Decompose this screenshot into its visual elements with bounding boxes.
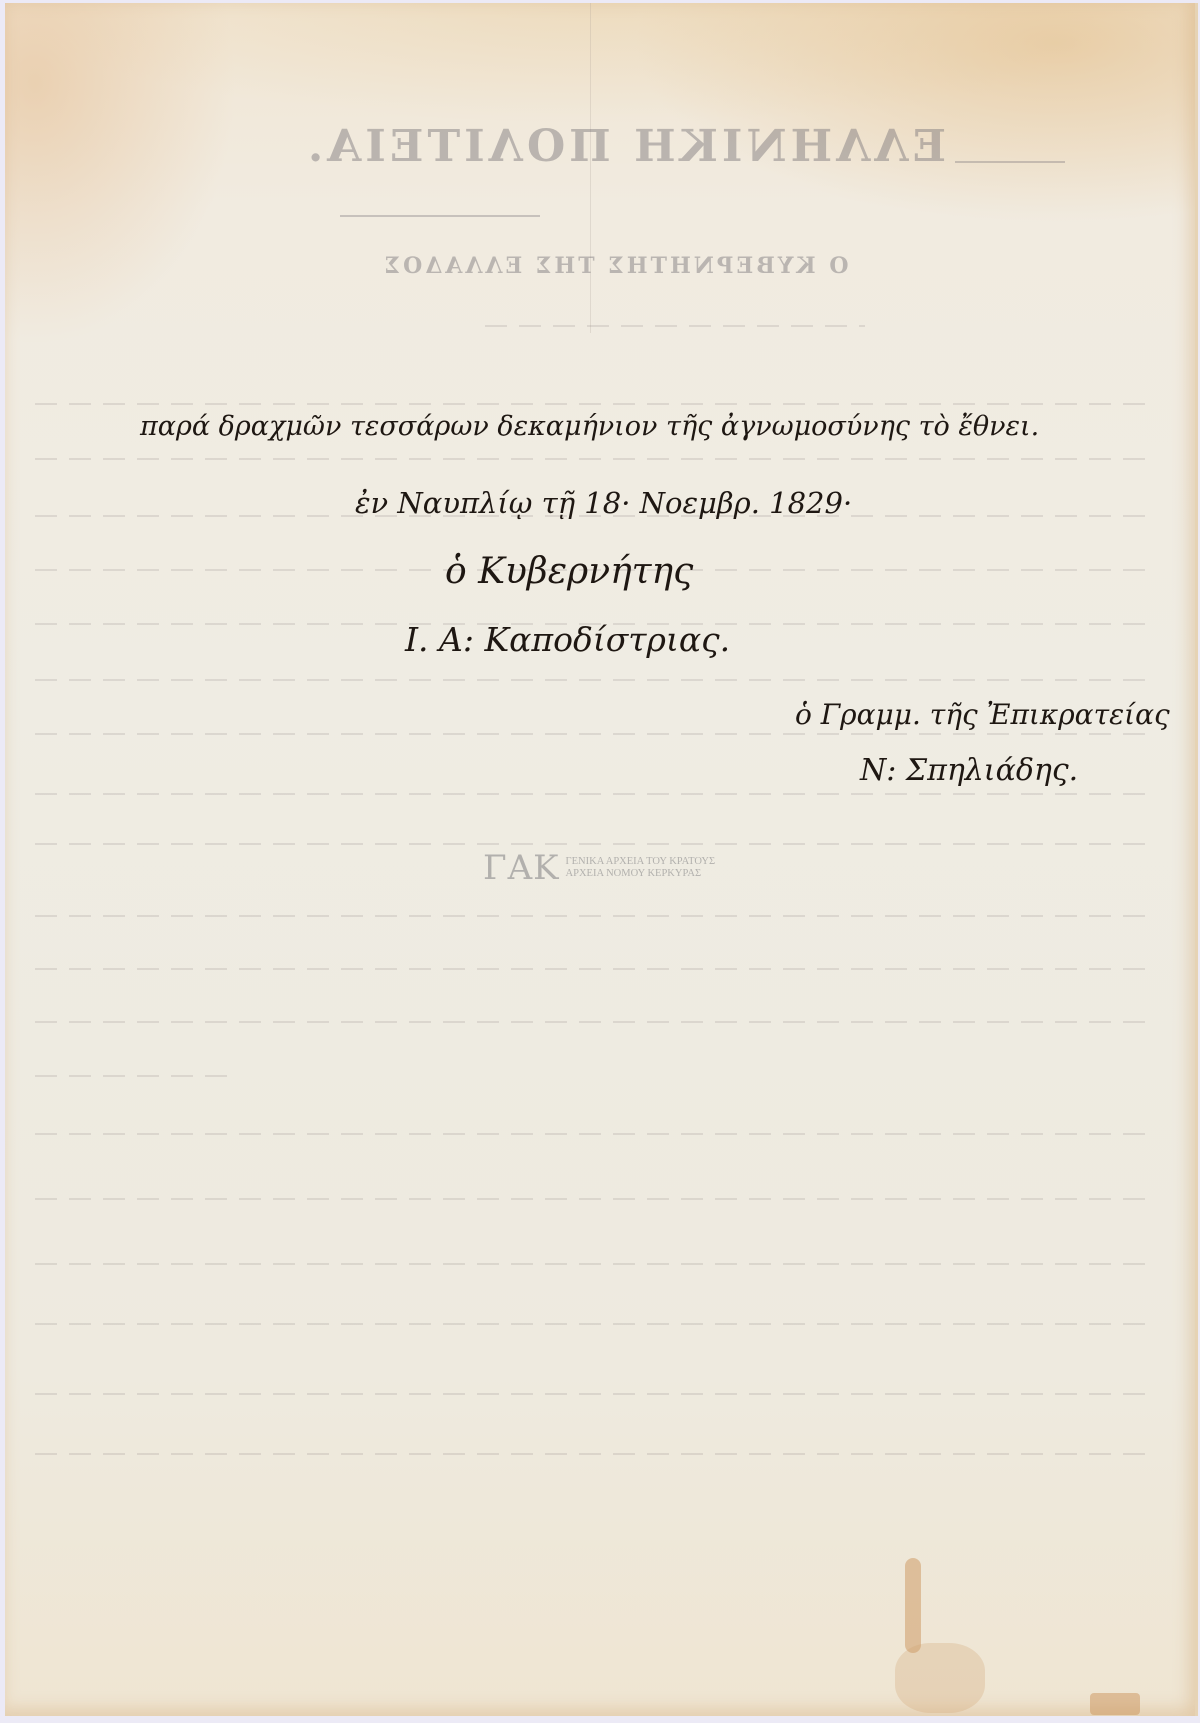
signature-name: Ι. Α: Καποδίστριας. <box>405 620 730 659</box>
bleed-through-line <box>35 1393 1155 1395</box>
letterhead-divider <box>340 215 540 217</box>
bleed-through-line <box>35 968 1155 970</box>
handwritten-date-line: ἐν Ναυπλίῳ τῇ 18· Νοεμβρ. 1829· <box>355 486 852 520</box>
water-stain <box>1090 1693 1140 1715</box>
archive-logo: ΓΑΚ <box>483 848 560 888</box>
bleed-through-line <box>35 793 1155 795</box>
bleed-through-line <box>485 325 865 327</box>
bleed-through-line <box>35 1453 1155 1455</box>
water-stain <box>905 1558 921 1653</box>
bleed-through-line <box>35 915 1155 917</box>
archive-name-line-2: ΑΡΧΕΙΑ ΝΟΜΟΥ ΚΕΡΚΥΡΑΣ <box>566 868 716 880</box>
countersign-name: Ν: Σπηλιάδης. <box>860 753 1078 788</box>
letterhead-title: ΕΛΛΗΝΙΚΗ ΠΟΛΙΤΕΙΑ. <box>265 121 985 172</box>
countersign-title: ὁ Γραμμ. τῆς Ἐπικρατείας <box>795 698 1170 731</box>
bleed-through-line <box>35 1133 1155 1135</box>
document-page: ΕΛΛΗΝΙΚΗ ΠΟΛΙΤΕΙΑ. Ο ΚΥΒΕΡΝΗΤΗΣ ΤΗΣ ΕΛΛΑ… <box>5 3 1198 1716</box>
bleed-through-line <box>35 403 1155 405</box>
bleed-through-line <box>35 843 1155 845</box>
bleed-through-line <box>35 1021 1155 1023</box>
bleed-through-line <box>35 679 1155 681</box>
bleed-through-line <box>35 458 1155 460</box>
bleed-through-line <box>35 1198 1155 1200</box>
signature-title: ὁ Κυβερνήτης <box>445 551 693 592</box>
bleed-through-line <box>35 1075 235 1077</box>
letterhead-subtitle: Ο ΚΥΒΕΡΝΗΤΗΣ ΤΗΣ ΕΛΛΑΔΟΣ <box>355 253 875 279</box>
archive-name-line-1: ΓΕΝΙΚΑ ΑΡΧΕΙΑ ΤΟΥ ΚΡΑΤΟΥΣ <box>566 856 716 868</box>
archive-watermark: ΓΑΚ ΓΕΝΙΚΑ ΑΡΧΕΙΑ ΤΟΥ ΚΡΑΤΟΥΣ ΑΡΧΕΙΑ ΝΟΜ… <box>483 848 715 888</box>
bleed-through-line <box>35 1263 1155 1265</box>
water-stain <box>895 1643 985 1713</box>
handwritten-line-1: παρά δραχμῶν τεσσάρων δεκαμήνιον τῆς ἀγν… <box>140 411 1039 442</box>
bleed-through-line <box>35 733 1155 735</box>
bleed-through-line <box>35 1323 1155 1325</box>
